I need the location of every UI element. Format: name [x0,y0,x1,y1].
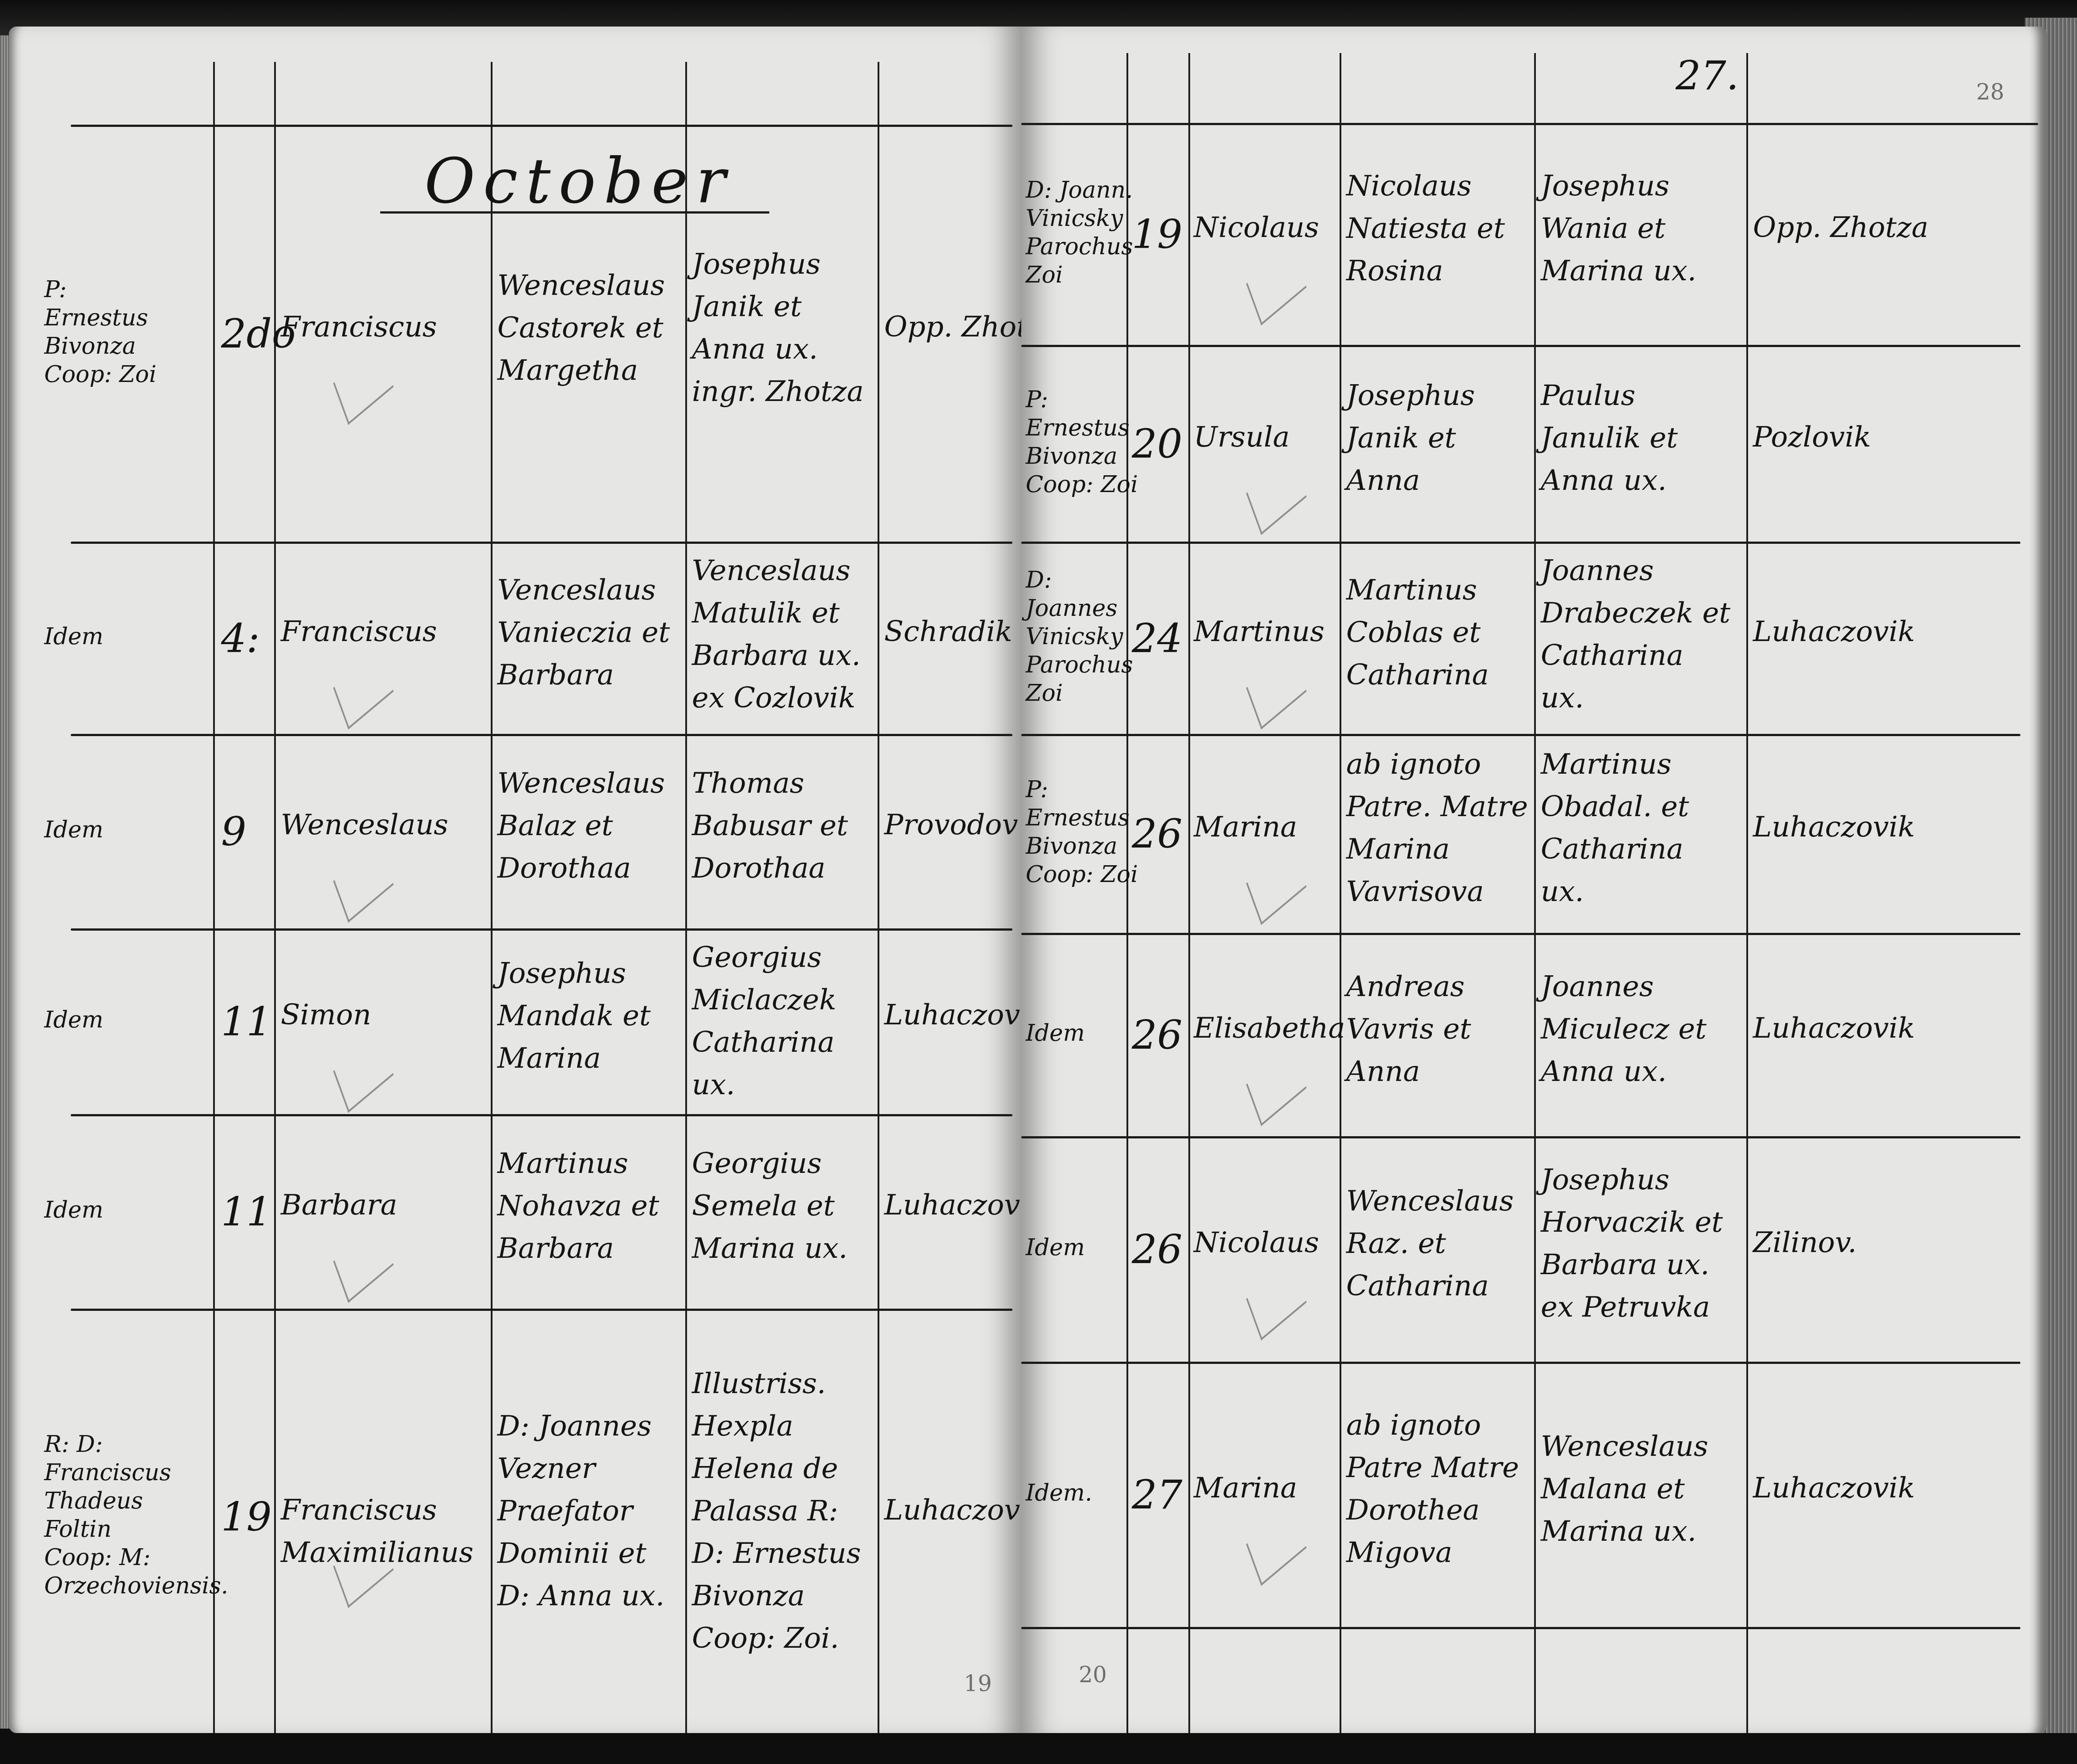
entry-godparents: Matulik et [692,597,840,630]
entry-parents: Marina [497,1042,601,1075]
entry-parents: Patre. Matre [1346,791,1528,824]
column-rule [1746,53,1748,1733]
pencil-check-mark [333,843,394,923]
entry-godparents: Anna ux. [1541,465,1667,497]
entry-godparents: Drabeczek et [1541,597,1730,630]
entry-godparents: Anna ux. [692,333,818,366]
entry-baptizer: Foltin [44,1516,111,1543]
entry-child: Martinus [1194,616,1325,649]
entry-parents: Wenceslaus [497,270,665,302]
entry-baptizer: Coop: Zoi [44,362,157,388]
entry-parents: Dorothea [1346,1494,1480,1527]
entry-godparents: Helena de [692,1453,838,1485]
entry-parents: Venceslaus [497,574,656,607]
entry-child: Barbara [281,1189,397,1222]
entry-godparents: Miclaczek [692,984,836,1017]
entry-day: 26 [1132,1227,1183,1273]
entry-baptizer: Joannes [1026,596,1118,622]
entry-baptizer: Idem [44,817,103,844]
entry-baptizer: Ernestus [1026,415,1125,442]
pencil-check-mark [1246,455,1307,535]
entry-godparents: Miculecz et [1541,1013,1707,1046]
header-rule [1021,123,2038,125]
entry-baptizer: Coop: M: [44,1545,151,1571]
entry-godparents: Marina ux. [692,1233,848,1265]
entry-godparents: Palassa R: [692,1495,838,1528]
entry-parents: Vavrisova [1346,876,1484,909]
entry-godparents: Catharina [1541,833,1684,866]
entry-godparents: Catharina [692,1027,835,1059]
pencil-page-number: 19 [964,1671,992,1697]
entry-parents: Margetha [497,355,638,387]
entry-baptizer: Bivonza [1026,833,1117,860]
entry-parents: Castorek et [497,312,663,345]
entry-day: 11 [221,1189,270,1235]
entry-godparents: ex Petruvka [1541,1291,1710,1324]
row-rule [71,1309,1012,1311]
entry-godparents: ux. [1541,682,1584,715]
entry-baptizer: Idem [44,1007,103,1034]
entry-village: Luhaczovik [1753,616,1915,649]
entry-godparents: D: Ernestus [692,1538,861,1570]
entry-baptizer: Coop: Zoi [1026,862,1125,888]
pencil-check-mark [1246,649,1307,729]
entry-child: Nicolaus [1194,212,1319,244]
pencil-check-mark [333,1033,394,1113]
entry-day: 19 [1132,212,1183,258]
row-rule [71,1114,1012,1116]
row-rule [1021,1627,2020,1629]
row-rule [71,542,1012,544]
pencil-check-mark [1246,845,1307,925]
entry-village: Luhaczovik [884,999,1012,1032]
pencil-check-mark [333,649,394,729]
month-heading: October [424,146,733,217]
entry-baptizer: Idem. [1026,1480,1092,1507]
entry-child: Wenceslaus [281,809,448,842]
entry-baptizer: Vinicsky [1026,206,1123,232]
entry-godparents: Venceslaus [692,555,851,588]
month-heading-underline [380,211,769,214]
entry-parents: Anna [1346,1056,1420,1088]
pencil-check-mark [1246,1046,1307,1126]
row-rule [1021,1136,2020,1138]
entry-parents: Martinus [1346,574,1477,607]
entry-godparents: Josephus [1541,1164,1669,1197]
entry-child: Franciscus [281,311,437,344]
entry-baptizer: Idem [44,624,103,650]
entry-parents: Vanieczia et [497,617,670,649]
column-rule [491,62,493,1733]
entry-godparents: ingr. Zhotza [692,376,864,409]
entry-parents: Wenceslaus [1346,1185,1514,1218]
entry-godparents: Obadal. et [1541,791,1689,824]
pencil-page-number-top: 28 [1976,80,2004,105]
entry-village: Opp. Zhotza [884,311,1012,344]
entry-godparents: Coop: Zoi. [692,1623,839,1655]
row-rule [1021,542,2020,544]
ink-page-number: 27. [1676,53,1739,99]
entry-parents: Janik et [1346,422,1456,455]
entry-village: Luhaczovik [884,1494,1012,1527]
left-page: October 19 P:ErnestusBivonzaCoop: Zoi2do… [9,27,1021,1733]
entry-village: Luhaczovik [1753,1012,1915,1045]
row-rule [1021,345,2020,347]
entry-village: Zilinov. [1753,1227,1857,1260]
entry-child: Nicolaus [1194,1227,1319,1260]
column-rule [213,62,215,1733]
entry-village: Luhaczovik [1753,1472,1915,1505]
entry-day: 11 [221,999,270,1045]
entry-godparents: Bivonza [692,1580,805,1613]
entry-godparents: Babusar et [692,810,848,843]
entry-godparents: Malana et [1541,1473,1685,1506]
column-rule [1534,53,1536,1733]
header-rule [71,125,1012,127]
entry-baptizer: Parochus [1026,652,1125,679]
entry-parents: Anna [1346,465,1420,497]
entry-child: Franciscus [281,1494,437,1527]
entry-baptizer: Idem [1026,1020,1085,1047]
entry-day: 26 [1132,1012,1183,1058]
pencil-check-mark [1246,1261,1307,1340]
entry-parents: Andreas [1346,971,1465,1004]
entry-village: Luhaczovik [884,1189,1012,1222]
entry-day: 26 [1132,811,1183,857]
column-rule [878,62,879,1733]
entry-baptizer: Orzechoviensis. [44,1573,208,1600]
entry-parents: ab ignoto [1346,748,1481,781]
entry-parents: D: Joannes [497,1410,652,1443]
entry-parents: Josephus [1346,380,1475,412]
column-rule [685,62,687,1733]
row-rule [71,734,1012,736]
entry-parents: Natiesta et [1346,213,1505,245]
entry-godparents: Marina ux. [1541,255,1696,288]
entry-godparents: ux. [692,1069,735,1102]
entry-godparents: Paulus [1541,380,1635,412]
entry-parents: Balaz et [497,810,613,843]
entry-baptizer: P: [1026,387,1048,413]
entry-day: 2do [221,311,270,357]
entry-parents: Praefator [497,1495,633,1528]
entry-parents: Vavris et [1346,1013,1471,1046]
entry-godparents: Georgius [692,1148,822,1180]
entry-day: 19 [221,1494,270,1540]
entry-parents: D: Anna ux. [497,1580,664,1613]
right-page: 27. 28 20 D: Joann.VinicskyParochusZoi19… [1021,27,2047,1733]
entry-baptizer: Ernestus [1026,805,1125,832]
column-rule [1188,53,1190,1733]
pencil-check-mark [333,345,394,424]
entry-day: 24 [1132,616,1183,662]
entry-baptizer: Zoi [1026,262,1063,289]
entry-parents: Catharina [1346,1270,1489,1303]
row-rule [71,928,1012,931]
entry-day: 9 [221,809,246,855]
entry-baptizer: Idem [1026,1235,1085,1261]
entry-child: Ursula [1194,421,1290,454]
entry-godparents: Wania et [1541,213,1665,245]
entry-parents: Mandak et [497,1000,651,1033]
entry-godparents: Catharina [1541,640,1684,672]
entry-parents: Vezner [497,1453,596,1485]
entry-child: Elisabetha [1194,1012,1335,1045]
entry-baptizer: R: D: [44,1432,103,1458]
entry-baptizer: Vinicsky [1026,624,1123,650]
entry-godparents: Dorothaa [692,852,825,885]
entry-godparents: Thomas [692,767,804,800]
entry-godparents: Barbara ux. [1541,1249,1710,1282]
entry-village: Provodov [884,809,1012,842]
entry-parents: Catharina [1346,659,1489,692]
entry-parents: Migova [1346,1537,1452,1569]
entry-godparents: Joannes [1541,971,1654,1004]
entry-village: Schradik [884,616,1012,649]
entry-baptizer: P: [44,277,67,303]
entry-godparents: Janulik et [1541,422,1678,455]
pencil-check-mark [1246,1506,1307,1586]
entry-parents: Josephus [497,958,626,990]
entry-parents: Barbara [497,1233,614,1265]
entry-parents: Raz. et [1346,1228,1446,1260]
column-rule [1340,53,1341,1733]
entry-godparents: Janik et [692,291,802,324]
entry-day: 4: [221,616,260,662]
entry-baptizer: P: [1026,777,1048,803]
entry-baptizer: Zoi [1026,680,1063,707]
entry-godparents: Marina ux. [1541,1516,1696,1548]
entry-baptizer: Ernestus [44,305,148,332]
pencil-page-number-bottom: 20 [1079,1662,1107,1688]
entry-parents: Marina [1346,833,1450,866]
entry-godparents: Barbara ux. [692,640,861,672]
entry-parents: Dominii et [497,1538,646,1570]
entry-baptizer: D: Joann. [1026,177,1125,204]
entry-godparents: ex Cozlovik [692,682,855,715]
entry-godparents: ux. [1541,876,1584,909]
entry-baptizer: Bivonza [44,333,136,360]
entry-baptizer: Parochus [1026,234,1125,260]
entry-godparents: Anna ux. [1541,1056,1667,1088]
row-rule [1021,933,2020,935]
entry-godparents: Georgius [692,942,822,974]
entry-godparents: Josephus [1541,170,1669,203]
entry-child: Marina [1194,811,1297,844]
entry-godparents: Illustriss. [692,1368,826,1401]
entry-child: Simon [281,999,371,1032]
entry-baptizer: Coop: Zoi [1026,472,1125,498]
entry-day: 27 [1132,1472,1183,1518]
entry-godparents: Hexpla [692,1410,793,1443]
entry-child: Franciscus [281,616,437,649]
entry-godparents: Martinus [1541,748,1672,781]
entry-parents: Rosina [1346,255,1443,288]
entry-godparents: Horvaczik et [1541,1207,1723,1239]
entry-parents: Dorothaa [497,852,631,885]
entry-baptizer: Idem [44,1197,103,1224]
column-rule [1126,53,1128,1733]
entry-godparents: Wenceslaus [1541,1431,1708,1463]
entry-godparents: Josephus [692,248,821,281]
entry-baptizer: Thadeus [44,1488,143,1515]
pencil-check-mark [1246,246,1307,325]
entry-baptizer: D: [1026,567,1052,594]
entry-village: Pozlovik [1753,421,1871,454]
entry-parents: Nohavza et [497,1190,659,1223]
row-rule [1021,1362,2020,1364]
entry-village: Opp. Zhotza [1753,212,1928,244]
entry-parents: Martinus [497,1148,628,1180]
entry-godparents: Semela et [692,1190,835,1223]
row-rule [1021,734,2020,736]
entry-parents: Wenceslaus [497,767,665,800]
entry-parents: Coblas et [1346,617,1481,649]
entry-godparents: Joannes [1541,555,1654,588]
entry-day: 20 [1132,421,1183,467]
entry-parents: Patre Matre [1346,1452,1519,1485]
entry-village: Luhaczovik [1753,811,1915,844]
entry-parents: ab ignoto [1346,1409,1481,1442]
entry-baptizer: Bivonza [1026,443,1117,470]
pencil-check-mark [333,1223,394,1303]
entry-baptizer: Franciscus [44,1460,171,1486]
entry-parents: Nicolaus [1346,170,1472,203]
entry-parents: Barbara [497,659,614,692]
entry-child: Marina [1194,1472,1297,1505]
